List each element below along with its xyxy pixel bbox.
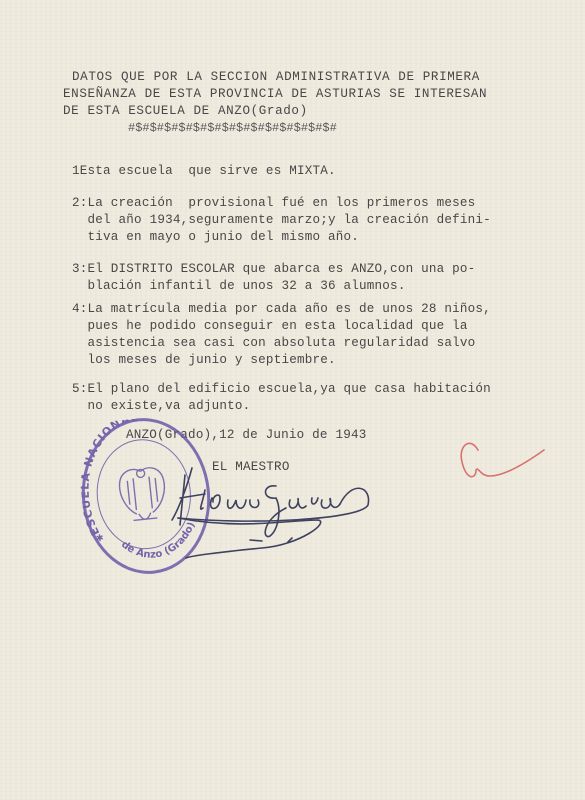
red-pencil-mark: [0, 0, 585, 800]
red-check-mark-icon: [461, 443, 544, 476]
